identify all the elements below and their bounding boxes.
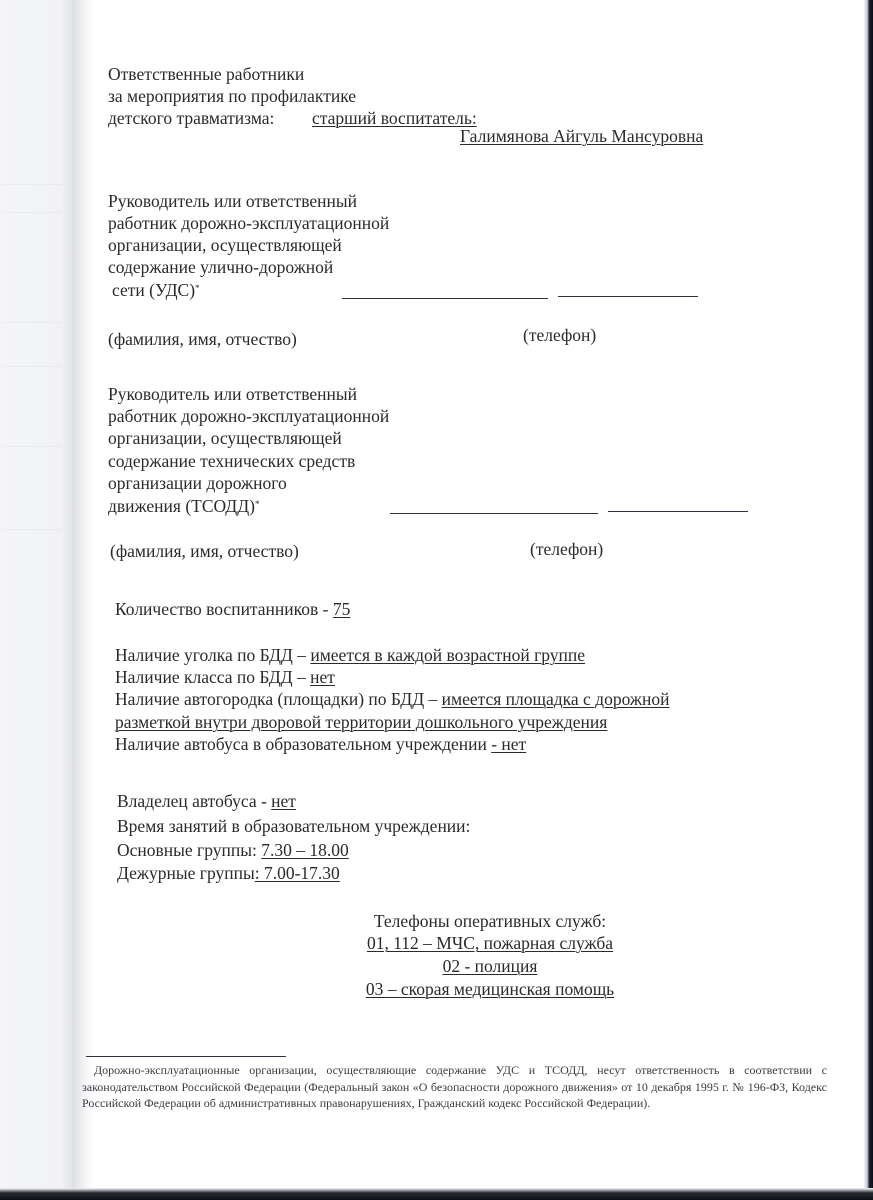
schedule-row: Основные группы: 7.30 – 18.00 xyxy=(117,840,349,861)
emergency-line: 02 - полиция xyxy=(300,956,680,977)
emergency-line-text: 03 – скорая медицинская помощь xyxy=(366,979,614,999)
tsodd-phone-field[interactable] xyxy=(608,511,748,512)
uds-name-field[interactable] xyxy=(342,298,548,299)
footnote-marker: * xyxy=(195,283,200,293)
tsodd-caption-phone: (телефон) xyxy=(530,539,603,560)
pupils-count-row: Количество воспитанников - 75 xyxy=(115,599,350,620)
emergency-line: 01, 112 – МЧС, пожарная служба xyxy=(300,933,680,954)
facility-row: Наличие автобуса в образовательном учреж… xyxy=(115,734,526,755)
tsodd-label-line: работник дорожно-эксплуатационной xyxy=(108,406,389,427)
responsible-label-line: Ответственные работники xyxy=(108,64,304,85)
emergency-line-text: 02 - полиция xyxy=(443,956,538,976)
pupils-value: 75 xyxy=(333,599,351,619)
facility-label: Наличие автобуса в образовательном учреж… xyxy=(115,734,491,754)
facility-value: имеется в каждой возрастной группе xyxy=(310,645,585,665)
ghost-line xyxy=(2,198,62,213)
page-fold-shadow xyxy=(72,0,94,1190)
uds-label-line: организации, осуществляющей xyxy=(108,235,342,256)
tsodd-label-line: движения (ТСОДД)* xyxy=(108,496,259,517)
footnote-marker: * xyxy=(255,499,260,509)
facility-row: Наличие класса по БДД – нет xyxy=(115,667,335,688)
bus-owner-row: Владелец автобуса - нет xyxy=(117,791,296,812)
uds-label-line: содержание улично-дорожной xyxy=(108,257,333,278)
footnote-separator xyxy=(86,1056,286,1057)
uds-label-line: Руководитель или ответственный xyxy=(108,191,357,212)
facility-label: Наличие класса по БДД – xyxy=(115,667,310,687)
schedule-row: Дежурные группы: 7.00-17.30 xyxy=(117,863,340,884)
uds-label-text: сети (УДС) xyxy=(112,280,195,300)
tsodd-label-line: организации дорожного xyxy=(108,473,287,494)
bus-owner-value: нет xyxy=(271,791,296,811)
tsodd-name-field[interactable] xyxy=(390,513,598,514)
tsodd-label-text: движения (ТСОДД) xyxy=(108,496,255,516)
pupils-label: Количество воспитанников - xyxy=(115,599,333,619)
ghost-line xyxy=(2,432,62,447)
facility-value: нет xyxy=(310,667,335,687)
ghost-line xyxy=(2,308,62,323)
facility-value-continued: разметкой внутри дворовой территории дош… xyxy=(115,712,607,733)
schedule-label: Основные группы: xyxy=(117,840,261,860)
uds-label-line: сети (УДС)* xyxy=(112,280,200,301)
responsible-label-line: детского травматизма: xyxy=(108,108,274,129)
facility-value: имеется площадка с дорожной xyxy=(442,689,670,709)
tsodd-label-line: содержание технических средств xyxy=(108,451,355,472)
scan-right-edge xyxy=(864,0,873,1190)
tsodd-caption-name: (фамилия, имя, отчество) xyxy=(110,541,299,562)
scan-bleed-through-strip xyxy=(0,0,72,1200)
facility-row: Наличие уголка по БДД – имеется в каждой… xyxy=(115,645,585,666)
schedule-value: 7.30 – 18.00 xyxy=(261,840,349,860)
uds-phone-field[interactable] xyxy=(558,296,698,297)
footnote-text: Дорожно-эксплуатационные организации, ос… xyxy=(82,1062,827,1112)
tsodd-label-line: Руководитель или ответственный xyxy=(108,384,357,405)
facility-row: Наличие автогородка (площадки) по БДД – … xyxy=(115,689,669,710)
facility-value: - нет xyxy=(491,734,526,754)
uds-label-line: работник дорожно-эксплуатационной xyxy=(108,213,389,234)
schedule-label: Дежурные группы xyxy=(117,863,255,883)
responsible-label-line: за мероприятия по профилактике xyxy=(108,86,356,107)
emergency-line-text: 01, 112 – МЧС, пожарная служба xyxy=(367,933,613,953)
facility-label: Наличие автогородка (площадки) по БДД – xyxy=(115,689,442,709)
responsible-name: Галимянова Айгуль Мансуровна xyxy=(460,126,703,147)
ghost-line xyxy=(2,170,62,185)
tsodd-label-line: организации, осуществляющей xyxy=(108,428,342,449)
facility-label: Наличие уголка по БДД – xyxy=(115,645,310,665)
uds-caption-name: (фамилия, имя, отчество) xyxy=(108,329,297,350)
uds-caption-phone: (телефон) xyxy=(523,325,596,346)
responsible-position: старший воспитатель: xyxy=(312,108,477,129)
ghost-line xyxy=(2,515,62,530)
schedule-title: Время занятий в образовательном учрежден… xyxy=(117,816,470,837)
footnote: Дорожно-эксплуатационные организации, ос… xyxy=(82,1062,827,1112)
schedule-value: : 7.00-17.30 xyxy=(255,863,340,883)
scan-bottom-edge xyxy=(0,1188,873,1200)
ghost-line xyxy=(2,352,62,367)
emergency-title: Телефоны оперативных служб: xyxy=(300,911,680,932)
bus-owner-label: Владелец автобуса - xyxy=(117,791,271,811)
emergency-line: 03 – скорая медицинская помощь xyxy=(300,979,680,1000)
